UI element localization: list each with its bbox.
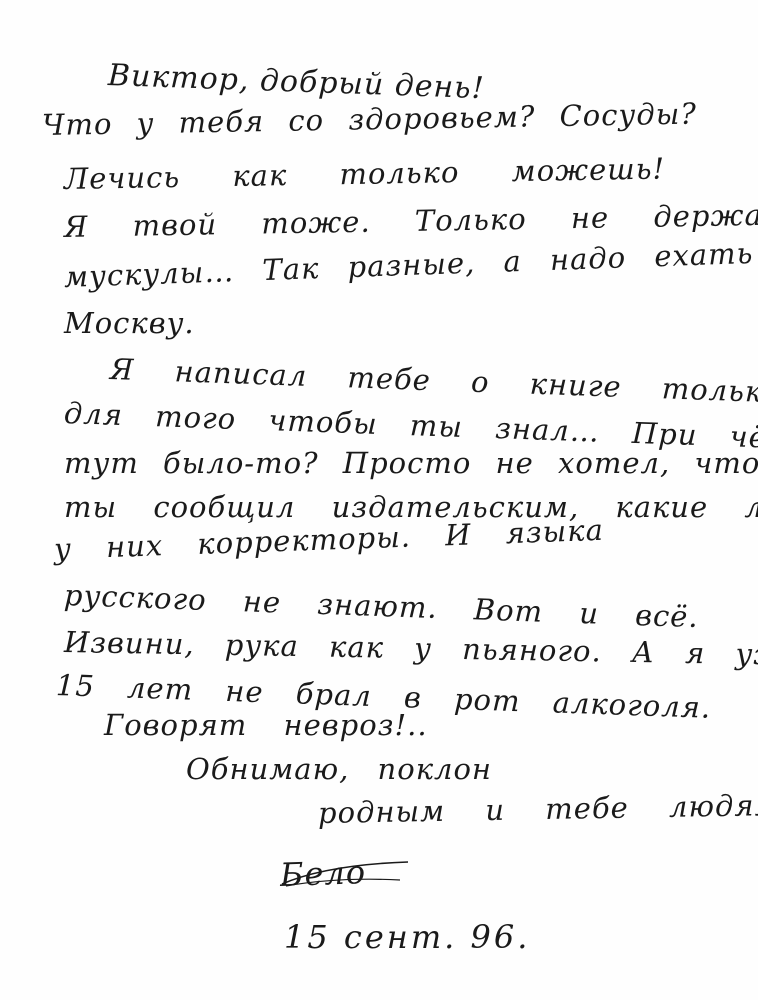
signature: Бело [279,853,366,894]
letter-line: Лечись как только можешь! [64,152,666,196]
letter-date: 15 сент. 96. [284,918,530,956]
letter-line: Что у тебя со здоровьем? Сосуды? [42,97,697,142]
letter-line: мускулы… Так разные, а надо ехать в [63,234,758,294]
letter-closing: Обнимаю, поклон [186,752,492,786]
letter-salutation: Виктор, добрый день! [107,58,485,106]
letter-line: тут было-то? Просто не хотел, чтобы [64,446,758,480]
letter-closing: родным и тебе людям, [318,788,758,830]
letter-line: Москву. [64,306,195,340]
scanned-letter-page: Виктор, добрый день! Что у тебя со здоро… [0,0,758,1000]
letter-line: Я твой тоже. Только не держат [64,197,758,244]
letter-line: Говорят невроз!.. [104,708,428,742]
